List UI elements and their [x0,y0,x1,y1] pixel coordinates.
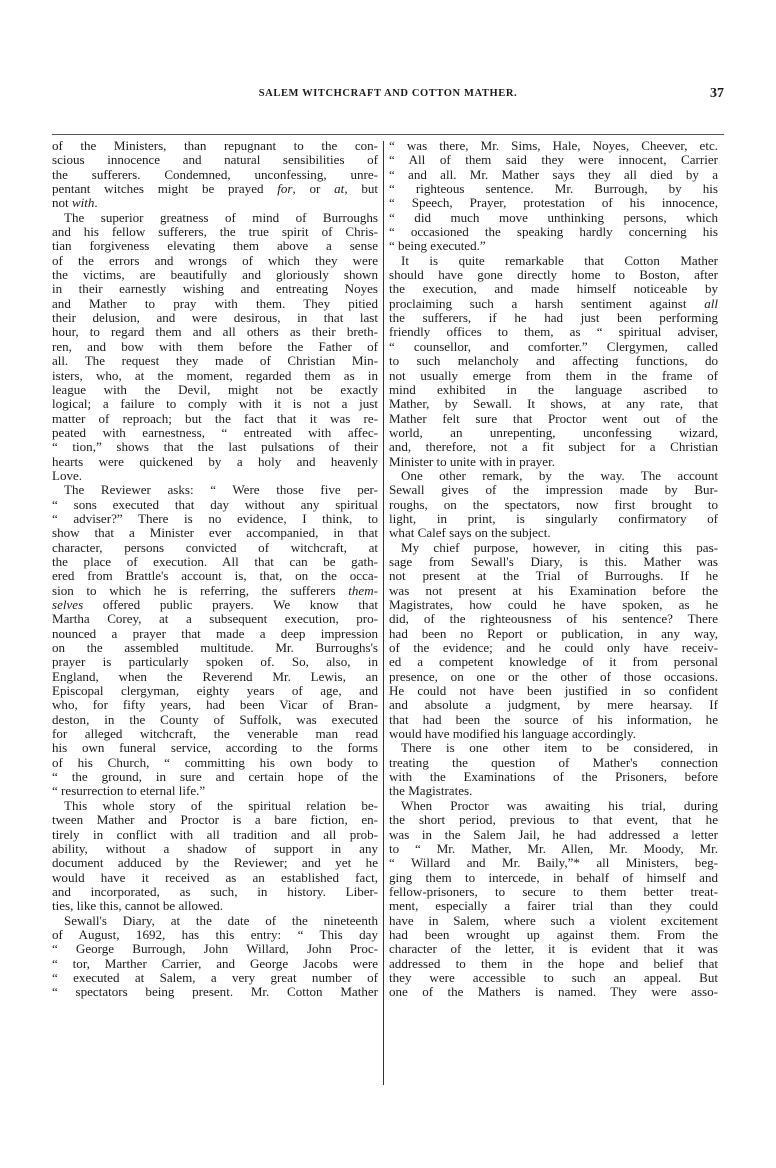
text-line: of the evidence; and he could only have … [389,641,718,655]
text-line: Martha Corey, at a subsequent execution,… [52,612,378,626]
text-line: was not present at his Examination befor… [389,584,718,598]
text-line: world, an unrepenting, unconfessing wiza… [389,426,718,440]
text-line: “ being executed.” [389,239,718,253]
text-line: peated with earnestness, “ entreated wit… [52,426,378,440]
text-line: Love. [52,469,378,483]
text-line: isters, who, at the moment, regarded the… [52,369,378,383]
text-line: “ resurrection to eternal life.” [52,784,378,798]
text-line: of the Ministers, than repugnant to the … [52,139,378,153]
text-line: ered from Brattle's account is, that, on… [52,569,378,583]
right-column: “ was there, Mr. Sims, Hale, Noyes, Chee… [389,139,718,1000]
text-line: the sufferers. Condemned, unconfessing, … [52,168,378,182]
text-line: the short period, previous to that event… [389,813,718,827]
text-line: character, persons convicted of witchcra… [52,541,378,555]
text-line: Mather, by Sewall. It shows, at any rate… [389,397,718,411]
text-line: scious innocence and natural sensibiliti… [52,153,378,167]
text-line: hearts were quickened by a holy and heav… [52,455,378,469]
text-line: selves offered public prayers. We know t… [52,598,378,612]
text-line: had been wrought up against them. From t… [389,928,718,942]
text-line: was in the Salem Jail, he had addressed … [389,828,718,842]
text-line: hour, to regard them and all others as t… [52,325,378,339]
text-line: The Reviewer asks: “ Were those five per… [52,483,378,497]
text-line: what Calef says on the subject. [389,526,718,540]
column-divider [383,141,384,1085]
text-line: document adduced by the Reviewer; and ye… [52,856,378,870]
text-line: England, when the Reverend Mr. Lewis, an [52,670,378,684]
text-line: his own funeral service, according to th… [52,741,378,755]
text-line: that had been the source of his informat… [389,713,718,727]
text-line: He could not have been justified in so c… [389,684,718,698]
text-line: and, therefore, not a fit subject for a … [389,440,718,454]
text-line: not with. [52,196,378,210]
text-line: deston, in the County of Suffolk, was ex… [52,713,378,727]
text-line: for alleged witchcraft, the venerable ma… [52,727,378,741]
text-line: the execution, and made himself noticeab… [389,282,718,296]
text-line: they were accessible to such an appeal. … [389,971,718,985]
text-line: The superior greatness of mind of Burrou… [52,211,378,225]
text-line: have in Salem, where such a violent exci… [389,914,718,928]
text-line: with the Examinations of the Prisoners, … [389,770,718,784]
page-number: 37 [710,86,724,102]
text-line: When Proctor was awaiting his trial, dur… [389,799,718,813]
text-line: Sewall's Diary, at the date of the ninet… [52,914,378,928]
text-line: the Magistrates. [389,784,718,798]
text-line: mind exhibited in the language ascribed … [389,383,718,397]
text-line: “ tion,” shows that the last pulsations … [52,440,378,454]
text-line: would have modified his language accordi… [389,727,718,741]
text-line: Magistrates, how could he have spoken, a… [389,598,718,612]
text-line: the place of execution. All that can be … [52,555,378,569]
text-line: Episcopal clergyman, eighty years of age… [52,684,378,698]
text-line: addressed to them in the hope and belief… [389,957,718,971]
text-line: ties, like this, cannot be allowed. [52,899,378,913]
text-line: to “ Mr. Mather, Mr. Allen, Mr. Moody, M… [389,842,718,856]
text-line: pentant witches might be prayed for, or … [52,182,378,196]
text-line: in their earnestly wishing and entreatin… [52,282,378,296]
running-header: SALEM WITCHCRAFT AND COTTON MATHER. 37 [52,86,724,104]
text-line: their delusion, and were desirous, in th… [52,311,378,325]
text-line: “ occasioned the speaking hardly concern… [389,225,718,239]
text-line: who, for fifty years, had been Vicar of … [52,698,378,712]
text-line: would have it received as an established… [52,871,378,885]
text-line: There is one other item to be considered… [389,741,718,755]
text-line: ren, and bow with them before the Father… [52,340,378,354]
left-column: of the Ministers, than repugnant to the … [52,139,378,1000]
header-rule [52,134,724,135]
text-line: “ did much move unthinking persons, whic… [389,211,718,225]
text-line: “ the ground, in sure and certain hope o… [52,770,378,784]
text-line: did, of the righteousness of his sentenc… [389,612,718,626]
text-line: tween Mather and Proctor is a bare ficti… [52,813,378,827]
text-line: Minister to unite with in prayer. [389,455,718,469]
text-line: ging them to intercede, in behalf of him… [389,871,718,885]
text-line: sage from Sewall's Diary, is this. Mathe… [389,555,718,569]
text-line: “ Speech, Prayer, protestation of his in… [389,196,718,210]
text-line: “ adviser?” There is no evidence, I thin… [52,512,378,526]
text-line: of the errors and wrongs of which they w… [52,254,378,268]
text-line: sion to which he is referring, the suffe… [52,584,378,598]
text-line: not usually emerge from them in the fram… [389,369,718,383]
text-line: to such melancholy and affecting functio… [389,354,718,368]
text-line: one of the Mathers is named. They were a… [389,985,718,999]
text-line: Sewall gives of the impression made by B… [389,483,718,497]
text-line: fellow-prisoners, to secure to them bett… [389,885,718,899]
running-title: SALEM WITCHCRAFT AND COTTON MATHER. [52,88,724,99]
text-line: league with the Devil, might not be exac… [52,383,378,397]
text-line: and Mather to pray with them. They pitie… [52,297,378,311]
text-line: all. The request they made of Christian … [52,354,378,368]
text-line: prayer is particularly spoken of. So, al… [52,655,378,669]
text-line: Mather felt sure that Proctor went out o… [389,412,718,426]
text-line: character of the letter, it is evident t… [389,942,718,956]
text-line: “ executed at Salem, a very great number… [52,971,378,985]
text-line: “ sons executed that day without any spi… [52,498,378,512]
text-line: “ All of them said they were innocent, C… [389,153,718,167]
text-line: “ was there, Mr. Sims, Hale, Noyes, Chee… [389,139,718,153]
text-line: “ spectators being present. Mr. Cotton M… [52,985,378,999]
text-line: matter of reproach; but the fact that it… [52,412,378,426]
text-line: tian forgiveness elevating them above a … [52,239,378,253]
text-line: “ tor, Marther Carrier, and George Jacob… [52,957,378,971]
text-line: One other remark, by the way. The accoun… [389,469,718,483]
text-line: ed a competent knowledge of it from pers… [389,655,718,669]
text-line: roughs, on the spectators, now first bro… [389,498,718,512]
text-line: and his fellow sufferers, the true spiri… [52,225,378,239]
text-line: light, in print, is singularly confirmat… [389,512,718,526]
text-line: It is quite remarkable that Cotton Mathe… [389,254,718,268]
text-line: “ Willard and Mr. Baily,”* all Ministers… [389,856,718,870]
text-line: presence, on one or the other of those o… [389,670,718,684]
text-line: of his Church, “ committing his own body… [52,756,378,770]
text-line: on the assembled multitude. Mr. Burrough… [52,641,378,655]
text-line: ment, especially a fairer trial than the… [389,899,718,913]
text-line: proclaiming such a harsh sentiment again… [389,297,718,311]
text-line: show that a Minister ever accompanied, i… [52,526,378,540]
text-line: should have gone directly home to Boston… [389,268,718,282]
text-line: the sufferers, if he had just been perfo… [389,311,718,325]
text-line: and incorporated, as such, in history. L… [52,885,378,899]
text-line: and absolute a judgment, by mere hearsay… [389,698,718,712]
text-line: “ righteous sentence. Mr. Burrough, by h… [389,182,718,196]
text-line: of August, 1692, has this entry: “ This … [52,928,378,942]
text-line: friendly offices to them, as “ spiritual… [389,325,718,339]
text-line: nounced a prayer that made a deep impres… [52,627,378,641]
text-line: the victims, are beautifully and gloriou… [52,268,378,282]
text-line: had been no Report or publication, in an… [389,627,718,641]
text-line: This whole story of the spiritual relati… [52,799,378,813]
text-line: treating the question of Mather's connec… [389,756,718,770]
text-line: My chief purpose, however, in citing thi… [389,541,718,555]
text-line: “ and all. Mr. Mather says they all died… [389,168,718,182]
text-line: logical; a failure to comply with it is … [52,397,378,411]
text-line: tirely in conflict with all tradition an… [52,828,378,842]
text-line: ability, without a shadow of support in … [52,842,378,856]
text-line: “ counsellor, and comforter.” Clergymen,… [389,340,718,354]
text-line: “ George Burrough, John Willard, John Pr… [52,942,378,956]
text-line: not present at the Trial of Burroughs. I… [389,569,718,583]
